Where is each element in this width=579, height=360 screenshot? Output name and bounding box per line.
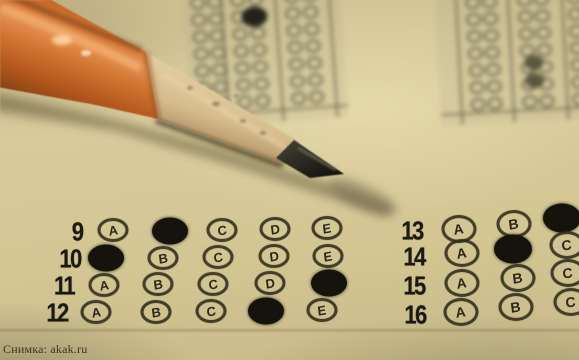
answer-bubble-E: E xyxy=(307,298,338,322)
bubble-letter: A xyxy=(108,223,119,238)
answer-bubble-C: C xyxy=(207,218,238,242)
bubble-letter: A xyxy=(455,304,467,320)
bubble-letter: B xyxy=(508,216,520,232)
answer-bubble-B-filled: B xyxy=(152,218,188,245)
bubble-letter: B xyxy=(151,305,162,320)
answer-bubble-D: D xyxy=(260,217,291,241)
bubble-letter: E xyxy=(317,303,327,317)
watermark-credit: Снимка: akak.ru xyxy=(3,342,87,357)
answer-bubble-B: B xyxy=(141,300,172,324)
bubble-letter: B xyxy=(510,299,522,315)
answer-bubble-E: E xyxy=(312,216,343,240)
bubble-letter: C xyxy=(217,223,228,238)
answer-bubble-D: D xyxy=(255,271,286,295)
answer-bubble-B: B xyxy=(501,264,536,292)
answer-bubble-B: B xyxy=(143,272,174,296)
question-number: 14 xyxy=(403,242,424,273)
bubble-letter: A xyxy=(99,278,110,293)
answer-bubble-B-filled: B xyxy=(494,235,532,264)
answer-bubble-A-filled: A xyxy=(88,245,124,272)
answer-bubble-C: C xyxy=(551,259,579,287)
answer-bubble-C: C xyxy=(196,299,227,323)
bubble-letter: A xyxy=(456,275,468,291)
answer-bubble-D-filled: D xyxy=(248,298,284,325)
answer-bubble-C-filled: C xyxy=(543,204,579,233)
question-number: 16 xyxy=(404,300,425,331)
bubble-letter: A xyxy=(91,305,102,320)
bubble-letter: C xyxy=(565,294,577,310)
answer-bubble-A: A xyxy=(445,239,480,267)
answer-bubble-C: C xyxy=(554,288,579,316)
bubble-letter: E xyxy=(322,221,332,235)
answer-bubble-A: A xyxy=(445,269,480,297)
question-number: 15 xyxy=(403,271,424,302)
answer-bubble-E: E xyxy=(313,244,344,268)
bubble-letter: C xyxy=(562,265,574,281)
bubble-letter: C xyxy=(213,250,224,265)
bubble-letter: C xyxy=(561,237,573,253)
bubble-letter: C xyxy=(208,277,219,292)
answer-bubble-A: A xyxy=(89,273,120,297)
question-number: 12 xyxy=(46,298,67,329)
answer-bubble-D: D xyxy=(259,244,290,268)
bubble-letter: D xyxy=(269,249,280,264)
scantron-photo: 9ABCDE10ABCDE11ABCDE12ABCDE13ABC14ABC15A… xyxy=(0,0,579,360)
bubble-letter: B xyxy=(153,277,164,292)
bubble-letter: A xyxy=(453,221,465,237)
answer-bubble-A: A xyxy=(81,300,112,324)
answer-bubble-B: B xyxy=(148,246,179,270)
answer-bubble-C: C xyxy=(203,245,234,269)
answer-bubble-A: A xyxy=(98,218,129,242)
answer-bubble-E-filled: E xyxy=(311,270,347,297)
answer-bubble-A: A xyxy=(444,298,479,326)
bubble-letter: A xyxy=(456,245,468,261)
answer-bubble-C: C xyxy=(198,272,229,296)
answer-rows: 9ABCDE10ABCDE11ABCDE12ABCDE13ABC14ABC15A… xyxy=(0,0,579,360)
bubble-letter: B xyxy=(158,251,169,266)
bubble-letter: C xyxy=(206,304,217,319)
answer-bubble-B: B xyxy=(499,293,534,321)
answer-bubble-C: C xyxy=(550,231,579,259)
bubble-letter: E xyxy=(323,249,333,263)
bubble-letter: D xyxy=(265,276,276,291)
bubble-letter: D xyxy=(270,222,281,237)
bubble-letter: B xyxy=(512,270,524,286)
